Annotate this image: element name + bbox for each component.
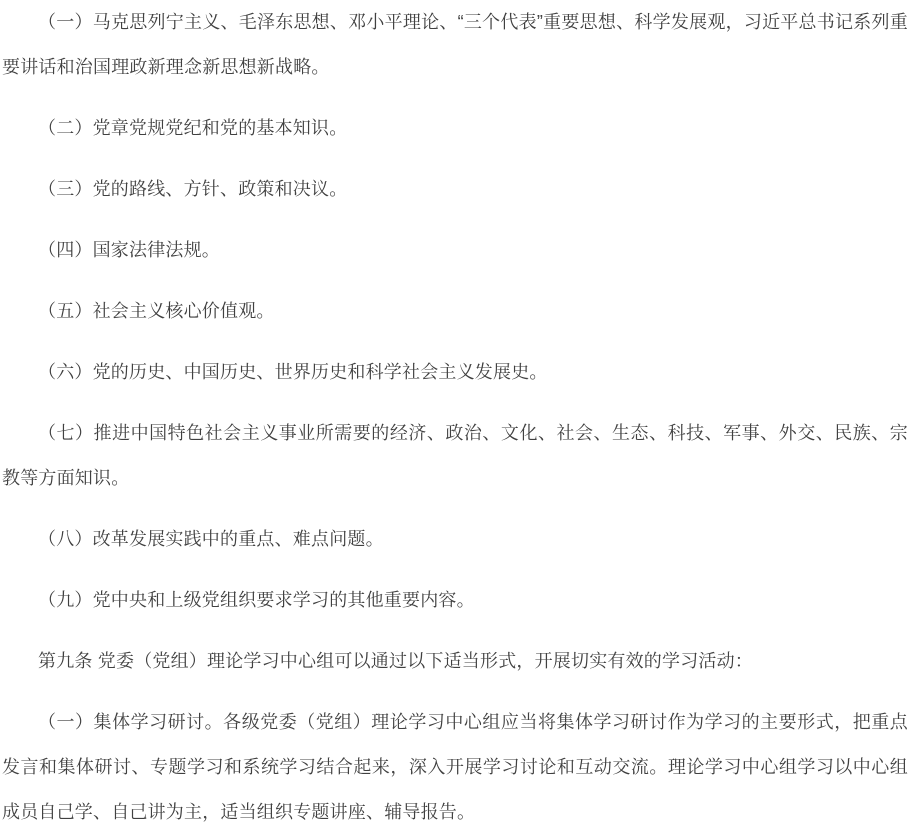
- paragraph-item-6: （六）党的历史、中国历史、世界历史和科学社会主义发展史。: [2, 350, 908, 395]
- paragraph-item-1: （一）马克思列宁主义、毛泽东思想、邓小平理论、“三个代表”重要思想、科学发展观，…: [2, 0, 908, 90]
- paragraph-item-4: （四）国家法律法规。: [2, 228, 908, 273]
- document-body: （一）马克思列宁主义、毛泽东思想、邓小平理论、“三个代表”重要思想、科学发展观，…: [0, 0, 910, 835]
- paragraph-item-3: （三）党的路线、方针、政策和决议。: [2, 167, 908, 212]
- paragraph-item-5: （五）社会主义核心价值观。: [2, 289, 908, 334]
- paragraph-item-7: （七）推进中国特色社会主义事业所需要的经济、政治、文化、社会、生态、科技、军事、…: [2, 411, 908, 501]
- paragraph-article-9-item-1: （一）集体学习研讨。各级党委（党组）理论学习中心组应当将集体学习研讨作为学习的主…: [2, 700, 908, 835]
- paragraph-item-9: （九）党中央和上级党组织要求学习的其他重要内容。: [2, 578, 908, 623]
- paragraph-item-8: （八）改革发展实践中的重点、难点问题。: [2, 517, 908, 562]
- paragraph-article-9: 第九条 党委（党组）理论学习中心组可以通过以下适当形式，开展切实有效的学习活动：: [2, 639, 908, 684]
- paragraph-item-2: （二）党章党规党纪和党的基本知识。: [2, 106, 908, 151]
